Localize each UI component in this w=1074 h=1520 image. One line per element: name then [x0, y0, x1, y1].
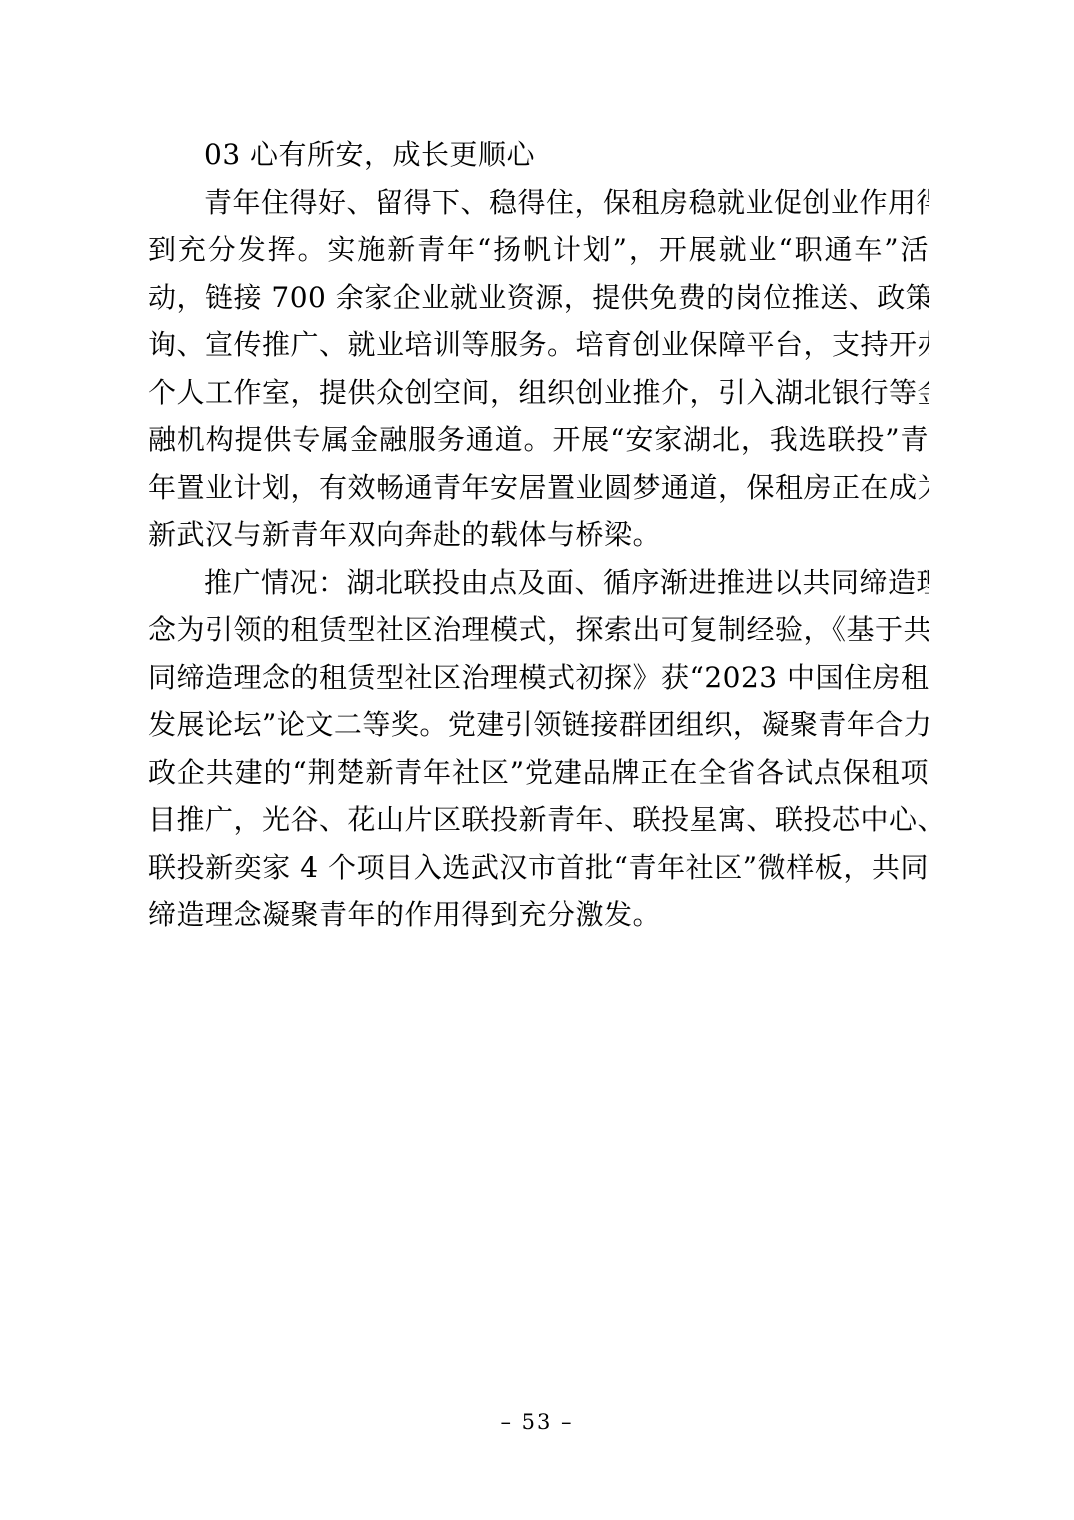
paragraph-2-line: 联投新奕家 4 个项目入选武汉市首批“青年社区”微样板，共同 [148, 844, 929, 892]
page-number-footer: – 53 – [0, 1406, 1074, 1438]
document-page: 03 心有所安，成长更顺心 青年住得好、留得下、稳得住，保租房稳就业促创业作用得… [0, 0, 1074, 1520]
paragraph-1-line: 到充分发挥。实施新青年“扬帆计划”，开展就业“职通车”活 [148, 226, 929, 274]
document-text-block: 03 心有所安，成长更顺心 青年住得好、留得下、稳得住，保租房稳就业促创业作用得… [148, 131, 929, 939]
paragraph-1-line: 动，链接 700 余家企业就业资源，提供免费的岗位推送、政策咨 [148, 274, 929, 322]
paragraph-2-line: 同缔造理念的租赁型社区治理模式初探》获“2023 中国住房租赁 [148, 654, 929, 702]
paragraph-1-line: 融机构提供专属金融服务通道。开展“安家湖北，我选联投”青 [148, 416, 929, 464]
paragraph-1-line: 青年住得好、留得下、稳得住，保租房稳就业促创业作用得 [148, 179, 929, 227]
paragraph-1-line: 年置业计划，有效畅通青年安居置业圆梦通道，保租房正在成为 [148, 464, 929, 512]
paragraph-2-line: 念为引领的租赁型社区治理模式，探索出可复制经验，《基于共 [148, 606, 929, 654]
paragraph-1-line: 询、宣传推广、就业培训等服务。培育创业保障平台，支持开办 [148, 321, 929, 369]
paragraph-2-line: 政企共建的“荆楚新青年社区”党建品牌正在全省各试点保租项 [148, 749, 929, 797]
paragraph-2-line: 推广情况：湖北联投由点及面、循序渐进推进以共同缔造理 [148, 559, 929, 607]
paragraph-1-line: 个人工作室，提供众创空间，组织创业推介，引入湖北银行等金 [148, 369, 929, 417]
paragraph-1-line: 新武汉与新青年双向奔赴的载体与桥梁。 [148, 511, 929, 559]
section-heading: 03 心有所安，成长更顺心 [148, 131, 929, 179]
paragraph-2-line: 缔造理念凝聚青年的作用得到充分激发。 [148, 891, 929, 939]
paragraph-2-line: 目推广，光谷、花山片区联投新青年、联投星寓、联投芯中心、 [148, 796, 929, 844]
paragraph-2-line: 发展论坛”论文二等奖。党建引领链接群团组织，凝聚青年合力。 [148, 701, 929, 749]
